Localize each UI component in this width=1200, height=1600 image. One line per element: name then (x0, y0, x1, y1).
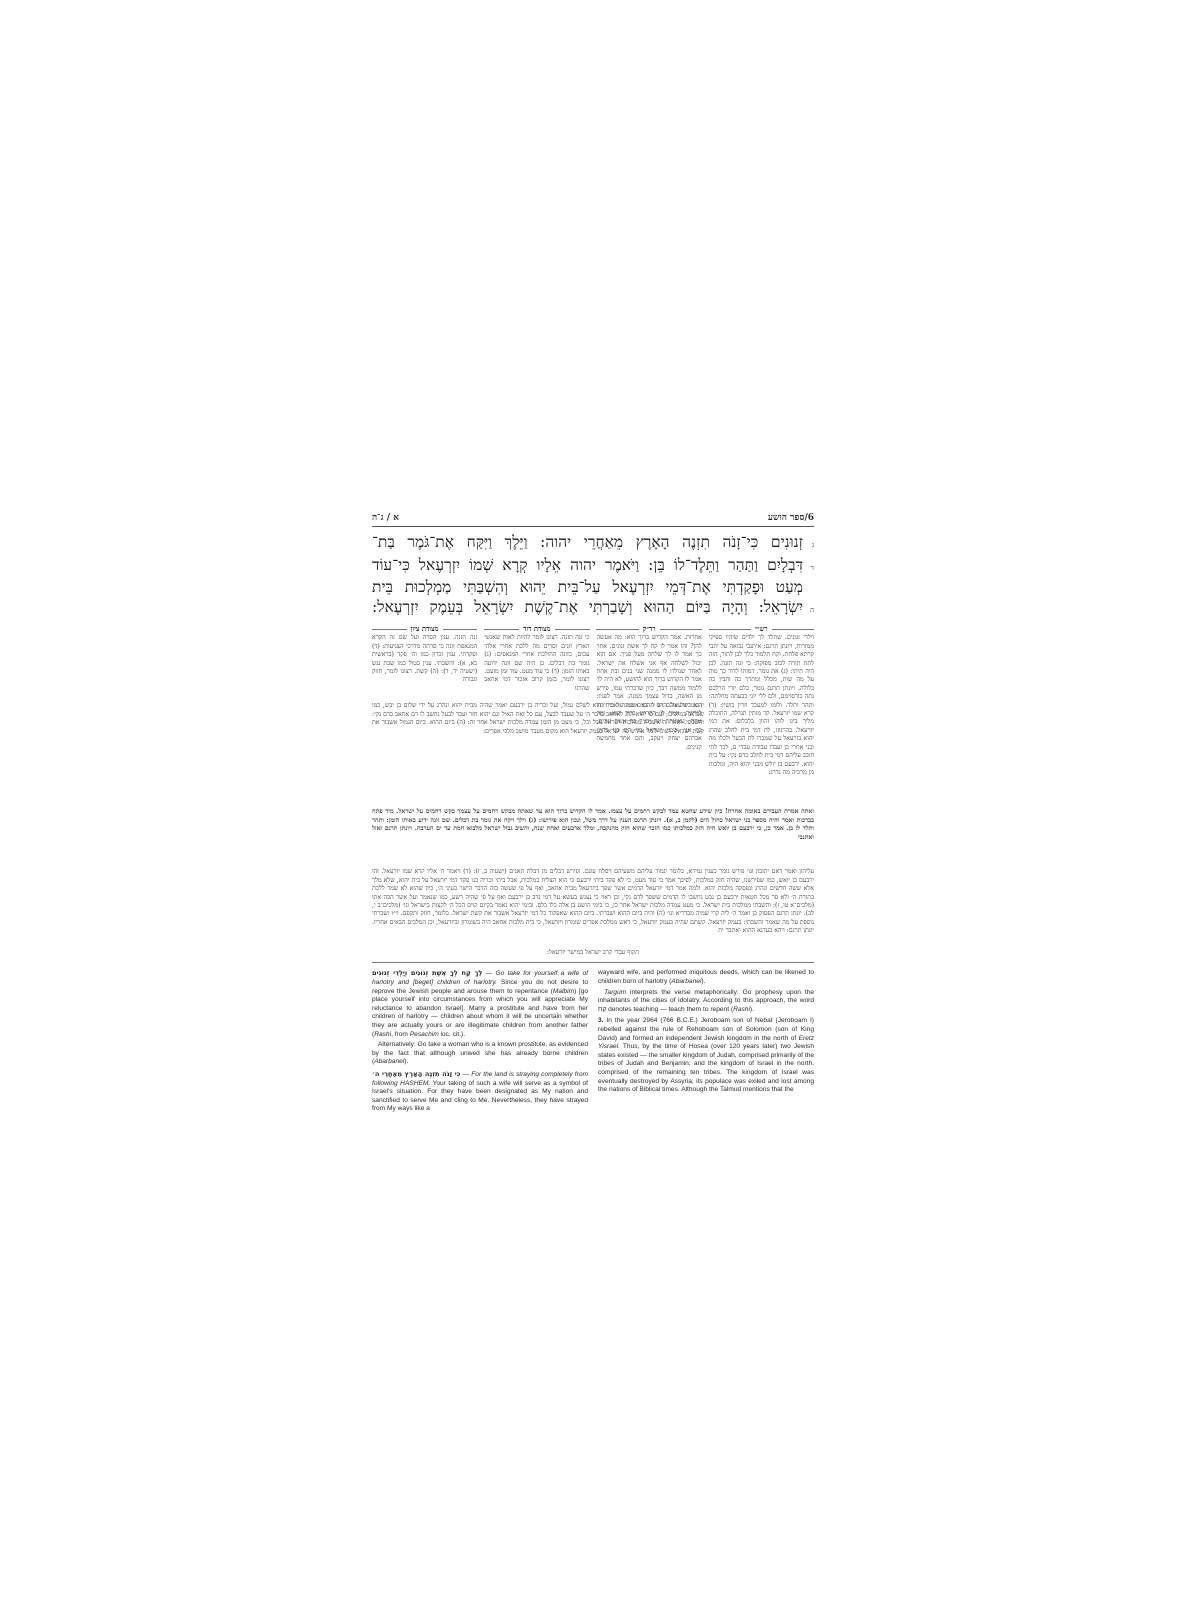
book-title: ספר הושע (768, 513, 805, 523)
verse-line: ג זְנוּנִים כִּי־זָנֹה תִזְנֶה הָאָרֶץ מ… (372, 533, 814, 556)
english-column-2: wayward wife, and performed iniquitous d… (598, 969, 814, 1116)
radak-heading: רד״ק (597, 625, 702, 633)
radak-last-line: תקוף עבדי קרב ישראל במישר יזרעאל: (372, 949, 814, 958)
section-divider (372, 962, 814, 963)
verse-text: דִּבְלָיִם וַתַּהַר וַתֵּלֶד־לוֹ בֵּן: ו… (372, 556, 803, 579)
verse-line: ד דִּבְלָיִם וַתַּהַר וַתֵּלֶד־לוֹ בֵּן:… (372, 556, 814, 579)
chapter-reference: א / ג־ה (372, 512, 399, 523)
page-number: 6 (808, 513, 814, 523)
verse-number: ד (803, 556, 814, 579)
radak-continuation: ואתה אמרת העבירם באומה אחרת! כיון שידע ש… (372, 808, 814, 866)
metzudas-tzion-text: זנה תזנה. ענין הסרה ועל שם זה הקרא המנאפ… (372, 634, 477, 698)
verse-number (803, 578, 814, 598)
book-title-header: 6/ספר הושע (768, 512, 814, 523)
note-paragraph: Targum interprets the verse metaphorical… (598, 989, 814, 1015)
rashi-heading: רש״י (709, 625, 814, 633)
note-paragraph: wayward wife, and performed iniquitous d… (598, 969, 814, 986)
metzudas-tzion-heading: מצודת ציון (372, 625, 477, 633)
verse-number: ה (803, 598, 814, 621)
verse-text: זְנוּנִים כִּי־זָנֹה תִזְנֶה הָאָרֶץ מֵא… (372, 533, 803, 556)
note-paragraph: לֵךְ קַח לְךָ אֵשֶׁת זְנוּנִים וְיַלְדֵי… (372, 969, 588, 1039)
note-paragraph: 3. In the year 2964 (766 B.C.E.) Jeroboa… (598, 1017, 814, 1094)
english-notes: לֵךְ קַח לְךָ אֵשֶׁת זְנוּנִים וְיַלְדֵי… (372, 969, 814, 1116)
note-paragraph: Alternatively: Go take a woman who is a … (372, 1041, 588, 1067)
verse-text: יִשְׂרָאֵל: וְהָיָה בַּיּוֹם הַהוּא וְשָ… (372, 598, 803, 621)
verse-line: מְעַט וּפָקַדְתִּי אֶת־דְּמֵי יִזְרְעֶאל… (372, 578, 814, 598)
running-header: א / ג־ה 6/ספר הושע (372, 512, 814, 527)
metzudas-david-text: כי זנה תזנה. רצונו לומר להיות לאות שאנשי… (484, 634, 589, 698)
radak-full-width: עליהון ואמר דאם יתובון וגו׳ פירש גומר כע… (372, 868, 814, 952)
scripture-verses: ג זְנוּנִים כִּי־זָנֹה תִזְנֶה הָאָרֶץ מ… (372, 533, 814, 620)
verse-number: ג (803, 533, 814, 556)
verse-text: מְעַט וּפָקַדְתִּי אֶת־דְּמֵי יִזְרְעֶאל… (372, 578, 803, 598)
verse-line: ה יִשְׂרָאֵל: וְהָיָה בַּיּוֹם הַהוּא וְ… (372, 598, 814, 621)
book-page: א / ג־ה 6/ספר הושע ג זְנוּנִים כִּי־זָנֹ… (372, 512, 814, 1116)
note-paragraph: כִּי זָנֹה תִזְנֶה הָאָרֶץ מֵאַחֲרֵי ה׳ … (372, 1070, 588, 1114)
metzudas-david-heading: מצודת דוד (484, 625, 589, 633)
rashi-column: רש״י וילדי זנונים. שתלד לך ילדים שיהיו ס… (709, 625, 814, 806)
english-column-1: לֵךְ קַח לְךָ אֵשֶׁת זְנוּנִים וְיַלְדֵי… (372, 969, 588, 1116)
rashi-text: וילדי זנונים. שתלד לך ילדים שיהיו ספיקי … (709, 634, 814, 806)
